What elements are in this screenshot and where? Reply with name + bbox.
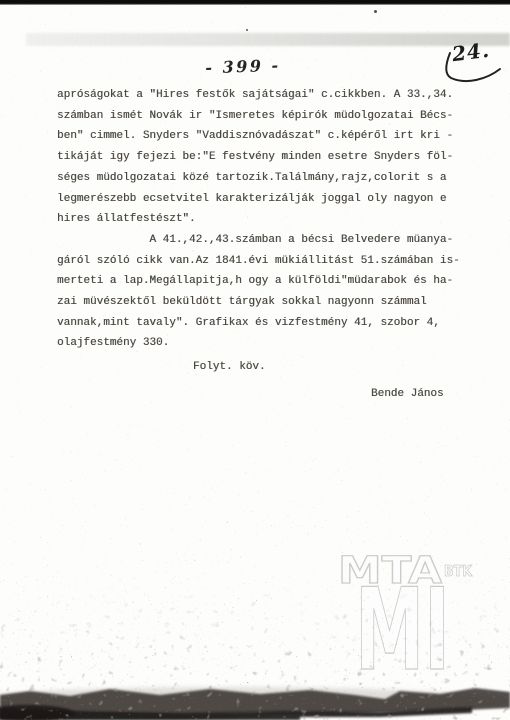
underline-swoosh: [438, 44, 510, 90]
typewritten-text: apróságokat a "Hires festők sajátságai" …: [57, 85, 487, 405]
text-line: olajfestmény 330.: [57, 333, 487, 354]
text-line: legmerészebb ecsetvitel karakterizálják …: [57, 189, 487, 210]
text-line: vannak,mint tavaly". Grafikax és vizfest…: [57, 313, 487, 334]
bottom-scan-border-shape: [0, 580, 510, 720]
text-line: zai müvészektől beküldött tárgyak sokkal…: [57, 292, 487, 313]
ink-speck: [374, 10, 377, 13]
signature: Bende János: [57, 384, 487, 405]
text-line: A 41.,42.,43.számban a bécsi Belvedere m…: [57, 230, 487, 251]
top-scan-edge: [0, 0, 510, 5]
text-line: apróságokat a "Hires festők sajátságai" …: [57, 85, 487, 106]
ink-speck: [246, 29, 248, 31]
closing-line: Folyt. köv.: [57, 357, 487, 378]
text-line: számban ismét Novák ir "Ismeretes képiró…: [57, 106, 487, 127]
text-line: ben" cimmel. Snyders "Vaddisznóvadászat"…: [57, 126, 487, 147]
text-line: séges müdolgozatai közé tartozik.Találmá…: [57, 168, 487, 189]
text-line: tikáját igy fejezi be:"E festvény minden…: [57, 147, 487, 168]
text-line: hires állatfestészt".: [57, 209, 487, 230]
text-line: gáról szóló cikk van.Az 1841.évi mükiáll…: [57, 251, 487, 272]
text-line: merteti a lap.Megállapitja,h ogy a külfö…: [57, 271, 487, 292]
